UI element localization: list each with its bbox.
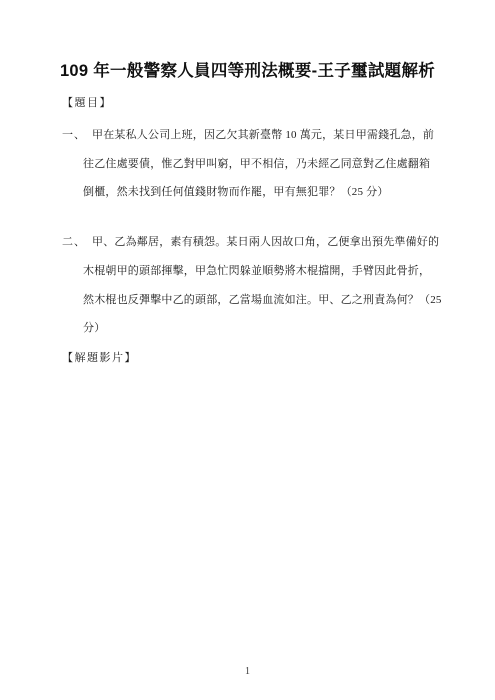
page-number: 1 xyxy=(0,666,495,678)
question-item-1: 一、 甲在某私人公司上班，因乙欠其新臺幣 10 萬元，某日甲需錢孔急，前 往乙住… xyxy=(62,121,445,207)
question-item-2: 二、 甲、乙為鄰居，素有積怨。某日兩人因故口角，乙便拿出預先準備好的 木棍朝甲的… xyxy=(62,228,445,343)
question-line: 然木棍也反彈擊中乙的頭部，乙當場血流如注。甲、乙之刑責為何？（25 xyxy=(83,286,445,315)
question-number: 二、 xyxy=(62,228,86,257)
question-line: 甲、乙為鄰居，素有積怨。某日兩人因故口角，乙便拿出預先準備好的 xyxy=(83,228,445,257)
question-line: 分） xyxy=(83,314,445,343)
document-body: 【題目】 一、 甲在某私人公司上班，因乙欠其新臺幣 10 萬元，某日甲需錢孔急，… xyxy=(0,95,495,366)
document-title: 109 年一般警察人員四等刑法概要-王子璽試題解析 xyxy=(0,0,495,84)
question-line: 甲在某私人公司上班，因乙欠其新臺幣 10 萬元，某日甲需錢孔急，前 xyxy=(83,121,445,150)
video-section-header: 【解題影片】 xyxy=(62,350,445,366)
question-line: 木棍朝甲的頭部揮擊，甲急忙閃躲並順勢將木棍擋開，手臂因此骨折， xyxy=(83,257,445,286)
question-line: 往乙住處要債，惟乙對甲叫窮，甲不相信，乃未經乙同意對乙住處翻箱 xyxy=(83,150,445,179)
question-line: 倒櫃，然未找到任何值錢財物而作罷，甲有無犯罪？（25 分） xyxy=(83,178,445,207)
question-number: 一、 xyxy=(62,121,86,150)
question-section-header: 【題目】 xyxy=(62,95,445,111)
document-page: 109 年一般警察人員四等刑法概要-王子璽試題解析 【題目】 一、 甲在某私人公… xyxy=(0,0,495,700)
